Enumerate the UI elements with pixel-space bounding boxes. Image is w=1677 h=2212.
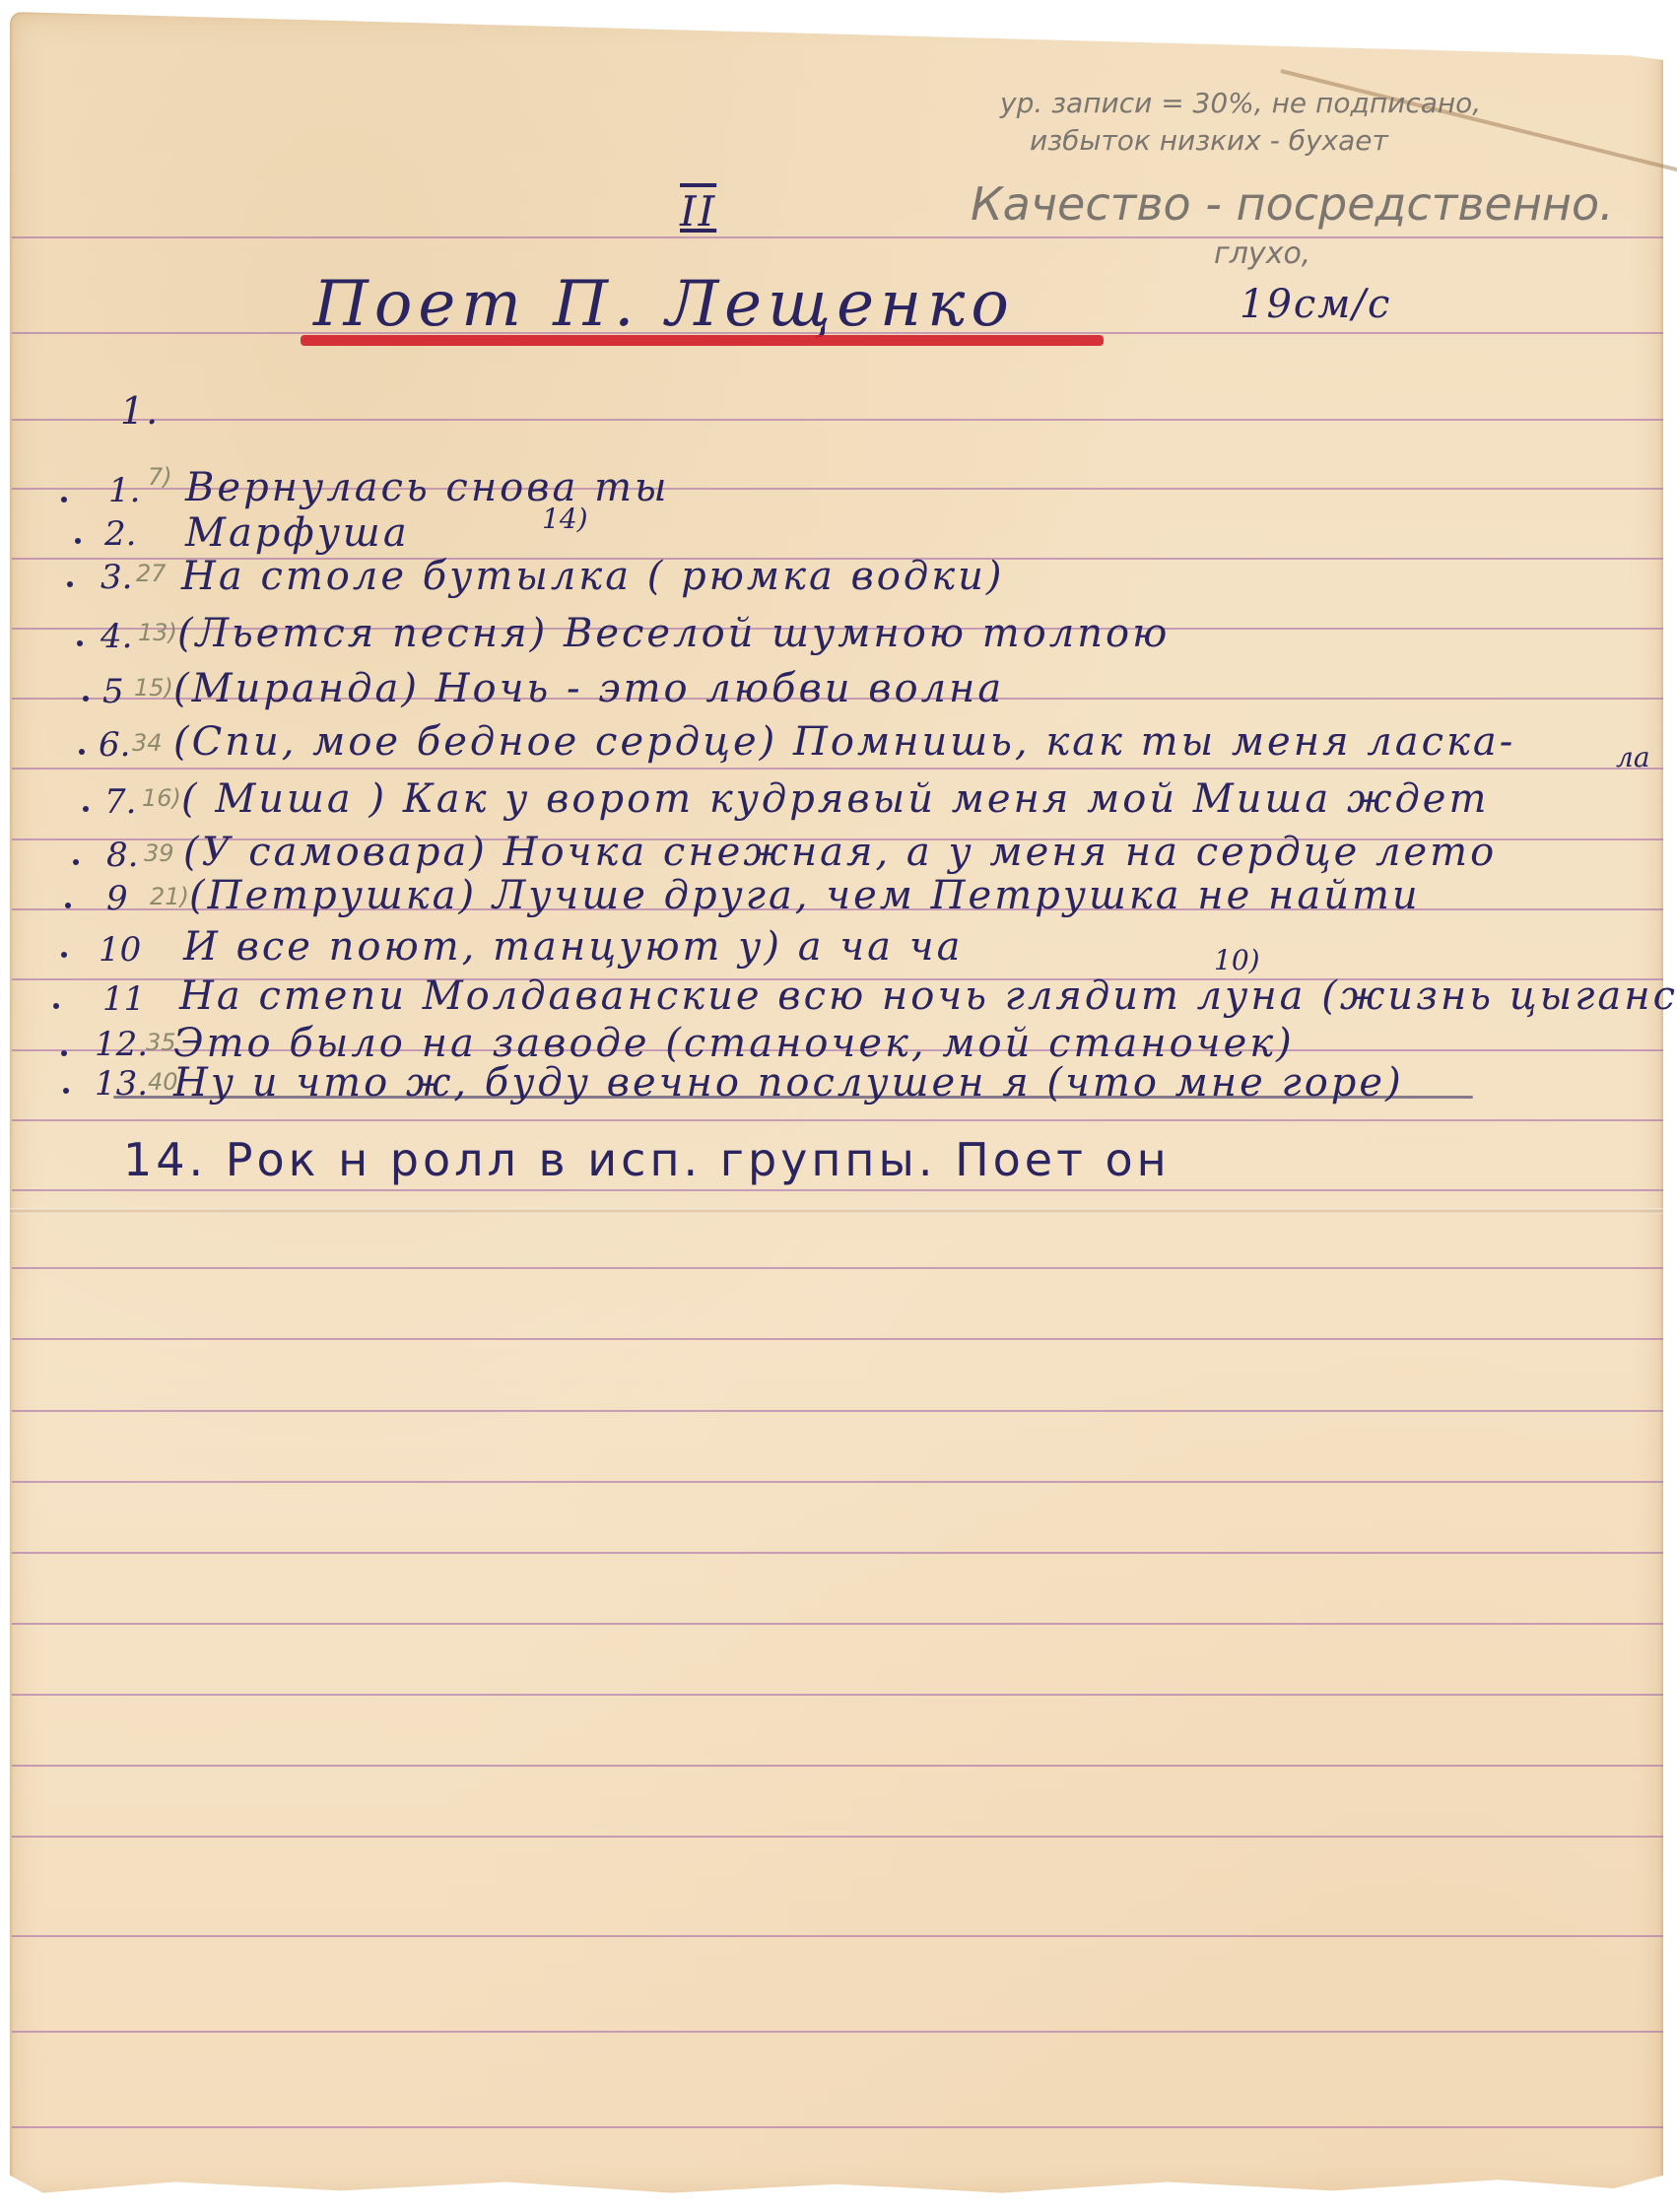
song-title: И все поют, танцуют у) а ча ча [183,924,963,970]
bullet-dot [61,1050,67,1056]
ruled-line [12,1267,1663,1269]
song-number: 4. [101,617,132,656]
pencil-note-quality: Качество - посредственно. [971,177,1614,231]
bullet-dot [63,1088,69,1094]
ruled-line [12,1694,1663,1696]
footer-item-rock-n-roll: 14. Рок н ролл в исп. группы. Поет он [123,1133,1171,1186]
song-title: ( Миша ) Как у ворот кудрявый меня мой М… [181,776,1489,822]
ruled-line [12,1338,1663,1340]
song-title: (Спи, мое бедное сердце) Помнишь, как ты… [173,719,1515,765]
bullet-dot [61,497,67,503]
song-title: (Миранда) Ночь - это любви волна [173,666,1004,711]
song-duration: 15) [134,674,173,702]
bullet-dot [83,696,89,702]
song-title: (Петрушка) Лучше друга, чем Петрушка не … [189,873,1421,918]
ruled-line [12,1836,1663,1838]
ruled-line [12,236,1663,238]
tape-speed: 19см/с [1240,282,1391,327]
song-title: Марфуша [185,510,410,556]
song-number: 1. [108,471,140,510]
song-duration: 21) [150,883,189,910]
song-note: 10) [1214,944,1260,976]
page-title: Поет П. Лещенко [313,268,1015,341]
pencil-note-sound: глухо, [1214,236,1310,271]
song-number: 6. [99,725,130,765]
ruled-line [12,1552,1663,1554]
ruled-line [12,1119,1663,1121]
ruled-line [12,2126,1663,2128]
bullet-dot [77,640,83,646]
song-number: 8. [106,836,138,875]
song-title: (Льется песня) Веселой шумною толпою [177,611,1170,656]
song-number: 9 [106,879,128,918]
song-number: 2. [104,514,136,554]
bullet-dot [61,952,67,958]
pencil-note-bass: избыток низких - бухает [1030,124,1388,157]
ruled-line [12,1765,1663,1767]
song-duration: 35 [146,1029,176,1056]
bullet-dot [75,538,81,544]
list-end-underline [113,1096,1473,1099]
ruled-line [12,1189,1663,1191]
bullet-dot [83,806,89,812]
song-note: ла [1616,741,1650,773]
ruled-line [12,2031,1663,2033]
bullet-dot [65,903,71,908]
ruled-line [12,1623,1663,1625]
ruled-line [12,1481,1663,1483]
ruled-line [12,768,1663,770]
song-title: (У самовара) Ночка снежная, а у меня на … [183,830,1497,875]
song-number: 7. [104,782,136,822]
paper-fold [10,1208,1663,1214]
song-number: 12. [95,1025,148,1064]
ruled-line [12,1935,1663,1937]
ruled-line [12,419,1663,421]
bullet-dot [79,749,85,755]
song-note: 14) [542,503,588,535]
song-number: 11 [102,979,145,1019]
bullet-dot [67,581,73,587]
bullet-dot [73,859,79,865]
song-number: 3. [101,558,132,597]
section-number: 1. [120,389,160,433]
song-title: На степи Молдаванские всю ночь глядит лу… [179,973,1677,1019]
song-duration: 16) [142,784,181,812]
song-duration: 39 [144,839,174,867]
song-duration: 7) [148,463,172,491]
song-duration: 27 [136,560,167,587]
song-title: На столе бутылка ( рюмка водки) [181,554,1004,599]
song-title: Ну и что ж, буду вечно послушен я (что м… [173,1060,1404,1106]
song-number: 10 [99,930,141,970]
song-duration: 13) [138,619,177,646]
pencil-note-level: ур. записи = 30%, не подписано, [1000,87,1481,119]
song-number: 5 [102,672,124,711]
song-duration: 34 [132,729,163,757]
song-title: Вернулась снова ты [185,465,670,510]
bullet-dot [53,1003,59,1009]
title-red-underline [301,335,1104,346]
section-roman-numeral: II [680,187,716,235]
ruled-line [12,1410,1663,1412]
